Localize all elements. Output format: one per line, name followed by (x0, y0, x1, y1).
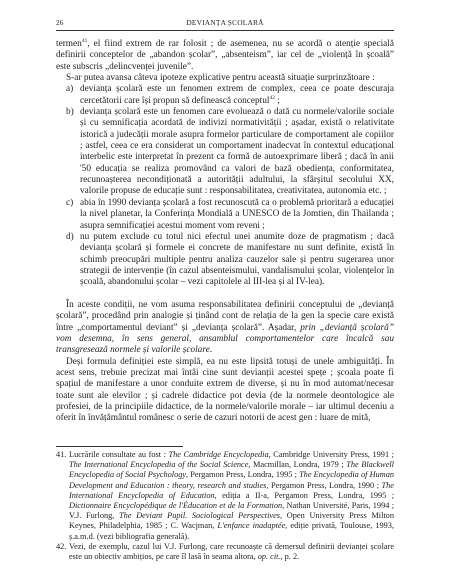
paragraph-2: S-ar putea avansa câteva ipoteze explica… (56, 73, 394, 84)
paragraph-4: Deși formula definiției este simplă, ea … (56, 357, 394, 425)
footnote-separator (56, 446, 183, 447)
list-item-d: d) nu putem exclude cu totul nici efectu… (56, 232, 394, 289)
list-label: d) (56, 232, 80, 289)
running-header: 26 DEVIANȚA ȘCOLARĂ (56, 17, 394, 31)
chapter-title: DEVIANȚA ȘCOLARĂ (56, 17, 394, 29)
list-text: abia în 1990 devianța școlară a fost rec… (80, 198, 394, 232)
footnotes: 41. Lucrările consultate au fost : The C… (56, 450, 394, 562)
list-text: devianța școlară este un fenomen extrem … (80, 84, 394, 107)
footnote-number: 42. (56, 542, 69, 562)
list-label: b) (56, 107, 80, 198)
footnote-number: 41. (56, 450, 69, 542)
footnote-text: Vezi, de exemplu, cazul lui V.J. Furlong… (69, 542, 394, 562)
list-item-c: c) abia în 1990 devianța școlară a fost … (56, 198, 394, 232)
list-label: a) (56, 84, 80, 107)
body-text: termen41, el fiind extrem de rar folosit… (56, 39, 394, 425)
footnote-text: Lucrările consultate au fost : The Cambr… (69, 450, 394, 542)
list-text: nu putem exclude cu totul nici efectul u… (80, 232, 394, 289)
list-item-b: b) devianța școlară este un fenomen care… (56, 107, 394, 198)
list-text: devianța școlară este un fenomen care ev… (80, 107, 394, 198)
footnote-42: 42. Vezi, de exemplu, cazul lui V.J. Fur… (56, 542, 394, 562)
list-label: c) (56, 198, 80, 232)
list-item-a: a) devianța școlară este un fenomen extr… (56, 84, 394, 107)
paragraph-gap (56, 289, 394, 300)
paragraph-1: termen41, el fiind extrem de rar folosit… (56, 39, 394, 73)
paragraph-3: În aceste condiții, ne vom asuma respons… (56, 300, 394, 357)
footnote-41: 41. Lucrările consultate au fost : The C… (56, 450, 394, 542)
